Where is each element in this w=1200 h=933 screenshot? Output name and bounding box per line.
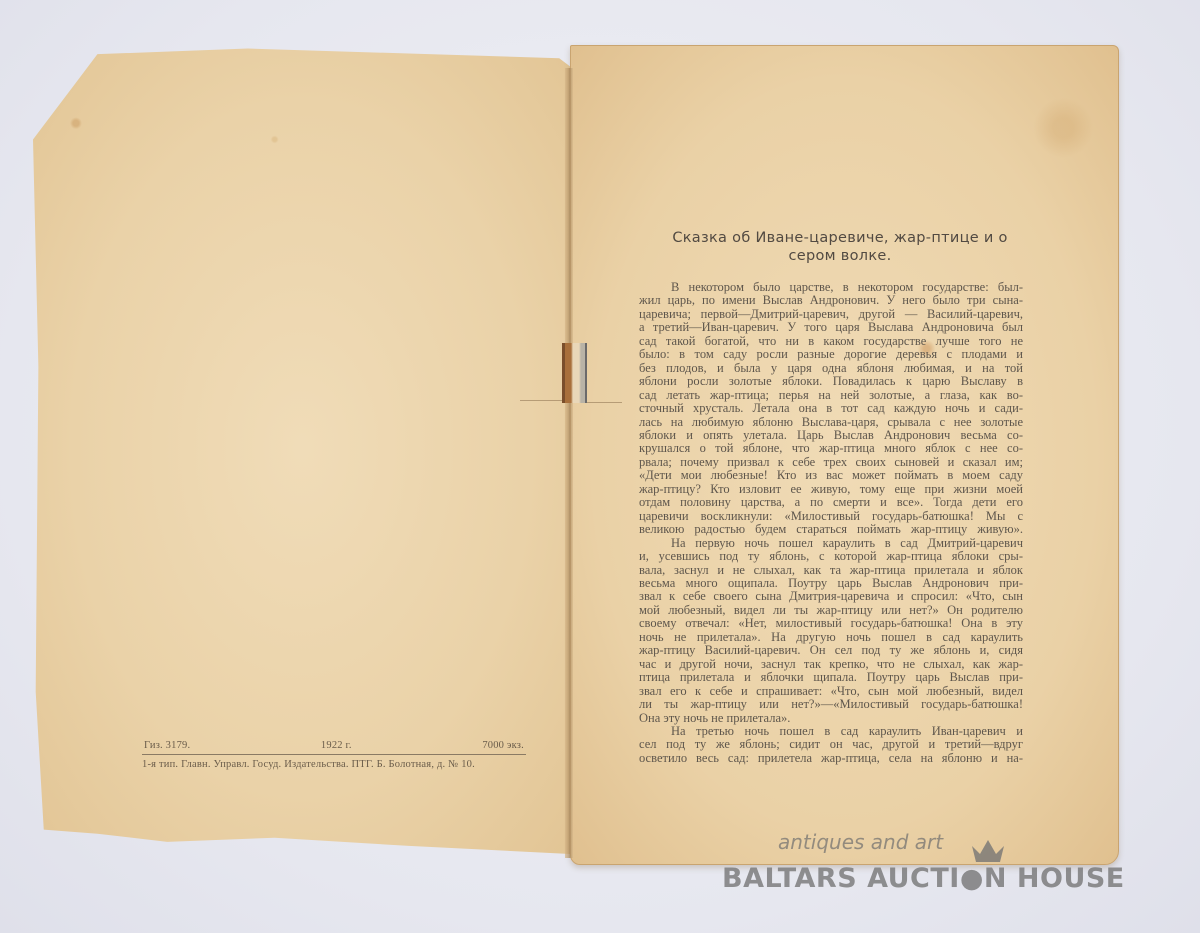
page-title: Сказка об Иване-царевиче, жар-птице и о …	[610, 229, 1070, 265]
text-line: На первую ночь пошел караулить в сад Дми…	[639, 537, 1023, 550]
text-line: «Дети мои любезные! Кто из вас может пой…	[639, 469, 1023, 482]
text-line: сточный хрусталь. Летала она в тот сад к…	[639, 402, 1023, 415]
text-line: своему отвечал: «Нет, милостивый государ…	[639, 617, 1023, 630]
text-line: В некотором было царстве, в некотором го…	[639, 281, 1023, 294]
text-line: весьма много ощипала. Поутру царь Выслав…	[639, 577, 1023, 590]
text-line: и, усевшись под ту яблонь, с которой жар…	[639, 550, 1023, 563]
text-line: жар-птицу Василий-царевич. Он сел под ту…	[639, 644, 1023, 657]
publication-year: 1922 г.	[321, 740, 352, 751]
text-line: Она эту ночь не прилетала».	[639, 712, 1023, 725]
text-line: На третью ночь пошел в сад караулить Ива…	[639, 725, 1023, 738]
text-line: отдам половину царства, а по смерти и вс…	[639, 496, 1023, 509]
text-line: крушался о той яблоне, что жар-птица мно…	[639, 442, 1023, 455]
text-line: птица прилетала и яблочки щипала. Поутру…	[639, 671, 1023, 684]
text-line: а третий—Иван-царевич. У того царя Высла…	[639, 321, 1023, 334]
text-line: жар-птицу? Кто изловит ее живую, тому ещ…	[639, 483, 1023, 496]
text-line: ночь не прилетала». На другую ночь пошел…	[639, 631, 1023, 644]
text-line: яблони росли золотые яблоки. Повадилась …	[639, 375, 1023, 388]
watermark-tagline: antiques and art	[778, 830, 943, 854]
text-line: жил царь, по имени Выслав Андронович. У …	[639, 294, 1023, 307]
text-line: великою радостью будем стараться поймать…	[639, 523, 1023, 536]
crown-icon	[970, 840, 1006, 862]
watermark-name: BALTARS AUCTI●N HOUSE	[722, 863, 1125, 894]
text-line: лась на любимую яблоню Выслава-царя, сры…	[639, 416, 1023, 429]
text-line: сел под ту же яблонь; сидит он час, друг…	[639, 738, 1023, 751]
text-line: осветило весь сад: прилетела жар-птица, …	[639, 752, 1023, 765]
order-number: Гиз. 3179.	[144, 740, 190, 751]
left-page	[33, 42, 570, 854]
fold-crease	[582, 402, 622, 403]
text-line: яблоки и опять улетала. Царь Выслав Андр…	[639, 429, 1023, 442]
title-line-2: сером волке.	[610, 247, 1070, 265]
text-line: вала, заснул и не слыхал, как та жар-пти…	[639, 564, 1023, 577]
text-line: сад такой богатой, что ни в каком госуда…	[639, 335, 1023, 348]
print-run: 7000 экз.	[482, 740, 524, 751]
text-line: было: в том саду росли разные дорогие де…	[639, 348, 1023, 361]
text-line: звал его к себе и спрашивает: «Что, сын …	[639, 685, 1023, 698]
story-text: В некотором было царстве, в некотором го…	[639, 281, 1023, 765]
text-line: сад летать жар-птица; перья на ней золот…	[639, 389, 1023, 402]
text-line: царевича; первой—Дмитрий-царевич, другой…	[639, 308, 1023, 321]
text-line: без плодов, и была у царя одна яблоня лю…	[639, 362, 1023, 375]
watermark: antiques and art BALTARS AUCTI●N HOUSE	[722, 830, 1122, 900]
text-line: звал к себе своего сына Дмитрия-царевича…	[639, 590, 1023, 603]
imprint-block: Гиз. 3179. 1922 г. 7000 экз. 1-я тип. Гл…	[142, 740, 526, 770]
printer-line: 1-я тип. Главн. Управл. Госуд. Издательс…	[142, 755, 526, 770]
book-spine	[565, 68, 573, 858]
binding-staple	[562, 343, 587, 403]
text-line: рвала; почему призвал к себе трех своих …	[639, 456, 1023, 469]
text-line: мой любезный, видел ли ты жар-птицу или …	[639, 604, 1023, 617]
title-line-1: Сказка об Иване-царевиче, жар-птице и о	[610, 229, 1070, 247]
imprint-row-publication: Гиз. 3179. 1922 г. 7000 экз.	[142, 740, 526, 755]
text-line: царевичи воскликнули: «Милостивый госуда…	[639, 510, 1023, 523]
text-line: ли ты жар-птицу или нет?»—«Милостивый го…	[639, 698, 1023, 711]
text-line: час и другой ночи, заснул так крепко, чт…	[639, 658, 1023, 671]
